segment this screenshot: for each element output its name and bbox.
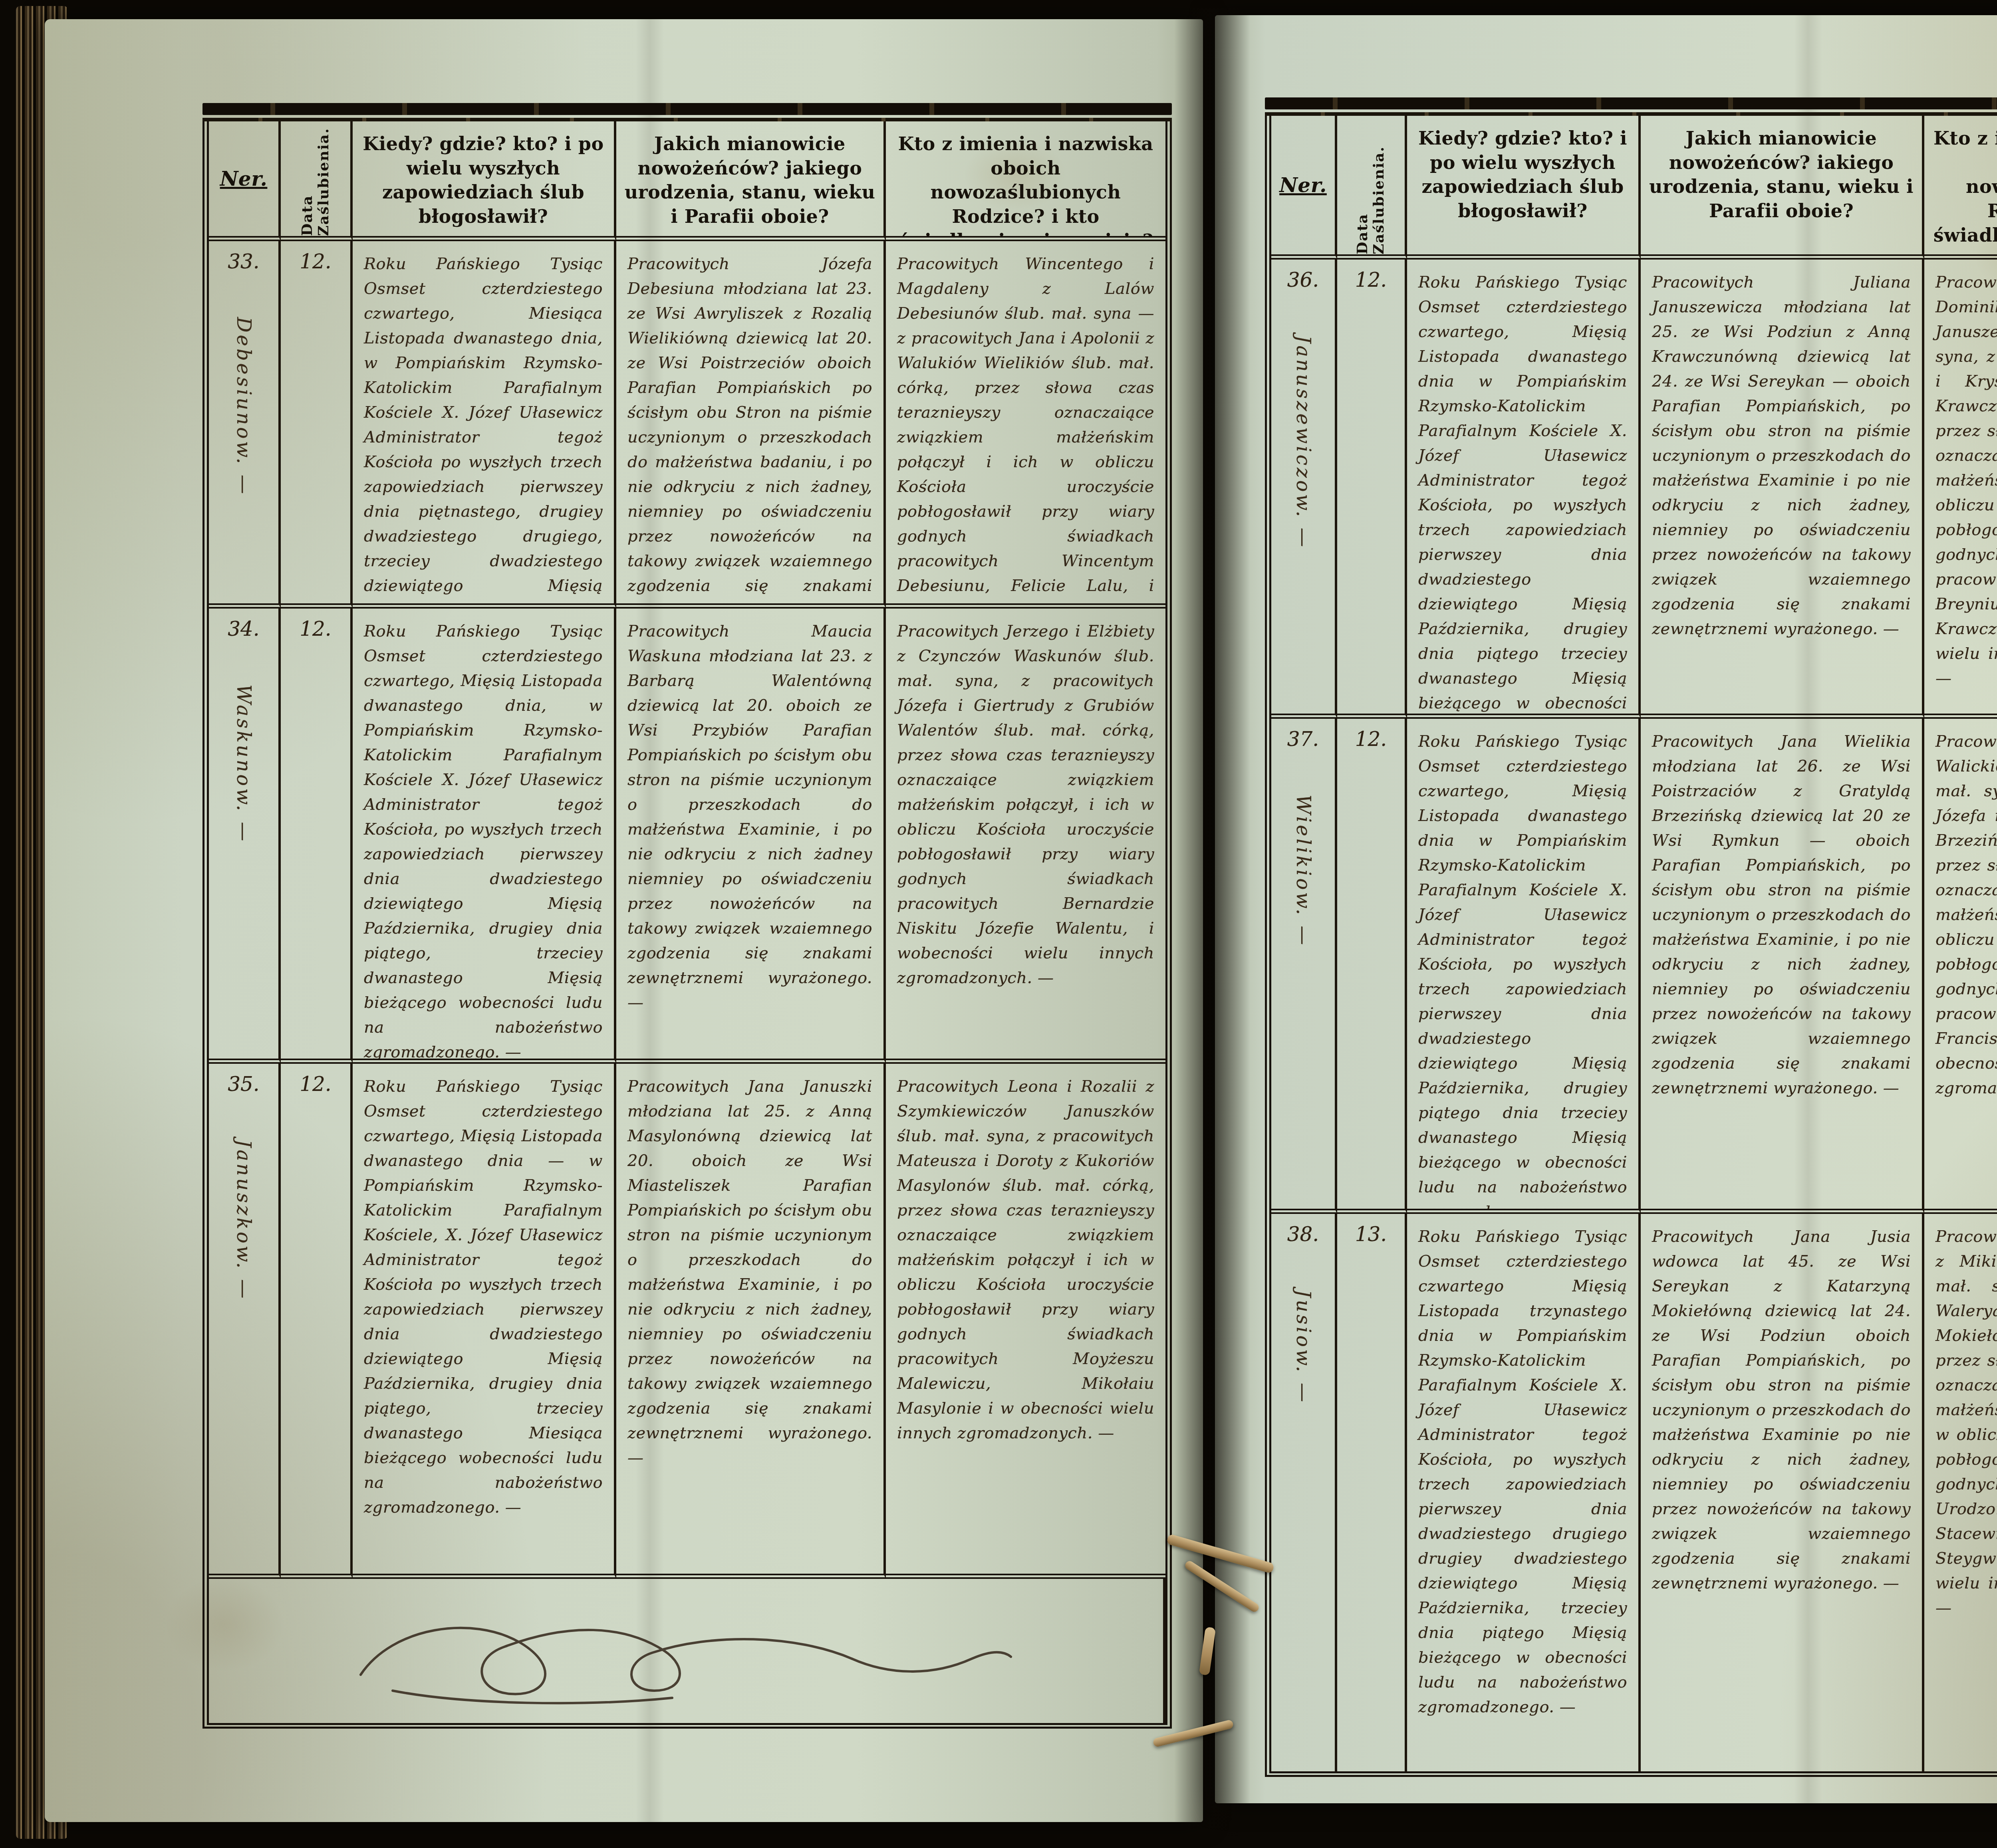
header-ner: Ner. [1271, 116, 1337, 260]
header-parents: Kto z imienia i nazwiska oboich nowozaśl… [886, 121, 1165, 241]
cell-newlyweds: Pracowitych Jana Jusia wdowca lat 45. ze… [1641, 1214, 1924, 1771]
table-row-33-date: 12. [281, 241, 353, 609]
register-right-page: Ner. Data Zaślubienia. Kiedy? gdzie? kto… [1215, 15, 1997, 1803]
marriage-register-table-left: Ner. Data Zaślubienia. Kiedy? gdzie? kto… [202, 121, 1172, 1729]
cell-when-where-who: Roku Pańskiego Tysiąc Osmset czterdziest… [353, 241, 616, 609]
cell-parents-witnesses: Pracowitych Wincentego i Magdaleny z Lal… [886, 241, 1165, 609]
table-row-36-ner: 36. Januszewiczow. — [1271, 260, 1337, 719]
entry-number: 35. [228, 1073, 260, 1096]
table-row-33-ner: 33. Debesiunow. — [209, 241, 281, 609]
entry-number: 36. [1287, 268, 1319, 291]
header-ner-label: Ner. [1279, 172, 1327, 198]
flourish-doodle [345, 1591, 1024, 1711]
table-row-34-ner: 34. Waskunow. — [209, 609, 281, 1064]
table-row-35-ner: 35. Januszkow. — [209, 1064, 281, 1579]
entry-surname-vertical: Waskunow. — [232, 684, 255, 843]
header-ner-label: Ner. [220, 166, 268, 192]
cell-when-where-who: Roku Pańskiego Tysiąc Osmset czterdziest… [1407, 719, 1641, 1214]
entry-date: 13. [1355, 1223, 1387, 1246]
entry-date: 12. [300, 250, 332, 273]
cell-parents-witnesses: Pracowitych Jana i Apolonii z Walickich … [1924, 719, 1997, 1214]
photographed-register-book: { "photo": { "page_number": "49." }, "he… [0, 0, 1997, 1848]
cell-newlyweds: Pracowitych Jana Januszki młodziana lat … [616, 1064, 886, 1579]
entry-date: 12. [1355, 268, 1387, 291]
marriage-register-table-right: Ner. Data Zaślubienia. Kiedy? gdzie? kto… [1265, 116, 1997, 1777]
entry-surname-vertical: Jusiow. — [1292, 1290, 1314, 1404]
register-left-page: Ner. Data Zaślubienia. Kiedy? gdzie? kto… [45, 19, 1203, 1822]
table-row-36-date: 12. [1337, 260, 1407, 719]
table-row-38-ner: 38. Jusiow. — [1271, 1214, 1337, 1771]
entry-surname-vertical: Wielikiow. — [1292, 795, 1314, 947]
table-top-rule-thin [202, 118, 1172, 121]
cell-when-where-who: Roku Pańskiego Tysiąc Osmset czterdziest… [353, 1064, 616, 1579]
entry-surname-vertical: Januszkow. — [232, 1140, 255, 1301]
header-data-label: Data Zaślubienia. [299, 121, 332, 236]
entry-surname-vertical: Debesiunow. — [232, 317, 255, 496]
cell-parents-witnesses: Pracowitych Leona i Rozalii z Szymkiewic… [886, 1064, 1165, 1579]
cell-newlyweds: Pracowitych Maucia Waskuna młodziana lat… [616, 609, 886, 1064]
entry-number: 34. [228, 617, 260, 640]
table-top-rule [1265, 97, 1997, 109]
header-ner: Ner. [209, 121, 281, 241]
entry-number: 33. [228, 250, 260, 273]
table-row-37-date: 12. [1337, 719, 1407, 1214]
cell-parents-witnesses: Pracowitych Jerzego i Elżbiety z Czynczó… [886, 609, 1165, 1064]
entry-number: 38. [1287, 1223, 1319, 1246]
header-when: Kiedy? gdzie? kto? i po wielu wyszłych z… [353, 121, 616, 241]
cell-parents-witnesses: Pracowitych Ignacego i Dominiki z Breyni… [1924, 260, 1997, 719]
cell-parents-witnesses: Pracowitych Antoniego i Anny z Mikieluni… [1924, 1214, 1997, 1771]
entry-number: 37. [1287, 728, 1319, 751]
table-top-rule-thin [1265, 112, 1997, 116]
empty-table-band [209, 1579, 1165, 1723]
header-data: Data Zaślubienia. [1337, 116, 1407, 260]
cell-when-where-who: Roku Pańskiego Tysiąc Osmset czterdziest… [1407, 1214, 1641, 1771]
cell-newlyweds: Pracowitych Jana Wielikia młodziana lat … [1641, 719, 1924, 1214]
table-top-rule [202, 103, 1172, 115]
header-data-label: Data Zaślubienia. [1354, 116, 1388, 254]
cell-when-where-who: Roku Pańskiego Tysiąc Osmset czterdziest… [1407, 260, 1641, 719]
table-row-37-ner: 37. Wielikiow. — [1271, 719, 1337, 1214]
entry-date: 12. [1355, 728, 1387, 751]
entry-date: 12. [300, 1073, 332, 1096]
header-who: Jakich mianowicie nowożeńców? jakiego ur… [616, 121, 886, 241]
header-who: Jakich mianowicie nowożeńców? iakiego ur… [1641, 116, 1924, 260]
header-data: Data Zaślubienia. [281, 121, 353, 241]
cell-newlyweds: Pracowitych Józefa Debesiuna młodziana l… [616, 241, 886, 609]
cell-when-where-who: Roku Pańskiego Tysiąc Osmset czterdziest… [353, 609, 616, 1064]
entry-date: 12. [300, 617, 332, 640]
entry-surname-vertical: Januszewiczow. — [1292, 335, 1314, 549]
header-parents: Kto z imienia i nazwiska oboich nowozaśl… [1924, 116, 1997, 260]
cell-newlyweds: Pracowitych Juliana Januszewicza młodzia… [1641, 260, 1924, 719]
header-when: Kiedy? gdzie? kto? i po wielu wyszłych z… [1407, 116, 1641, 260]
table-row-34-date: 12. [281, 609, 353, 1064]
table-row-35-date: 12. [281, 1064, 353, 1579]
table-row-38-date: 13. [1337, 1214, 1407, 1771]
